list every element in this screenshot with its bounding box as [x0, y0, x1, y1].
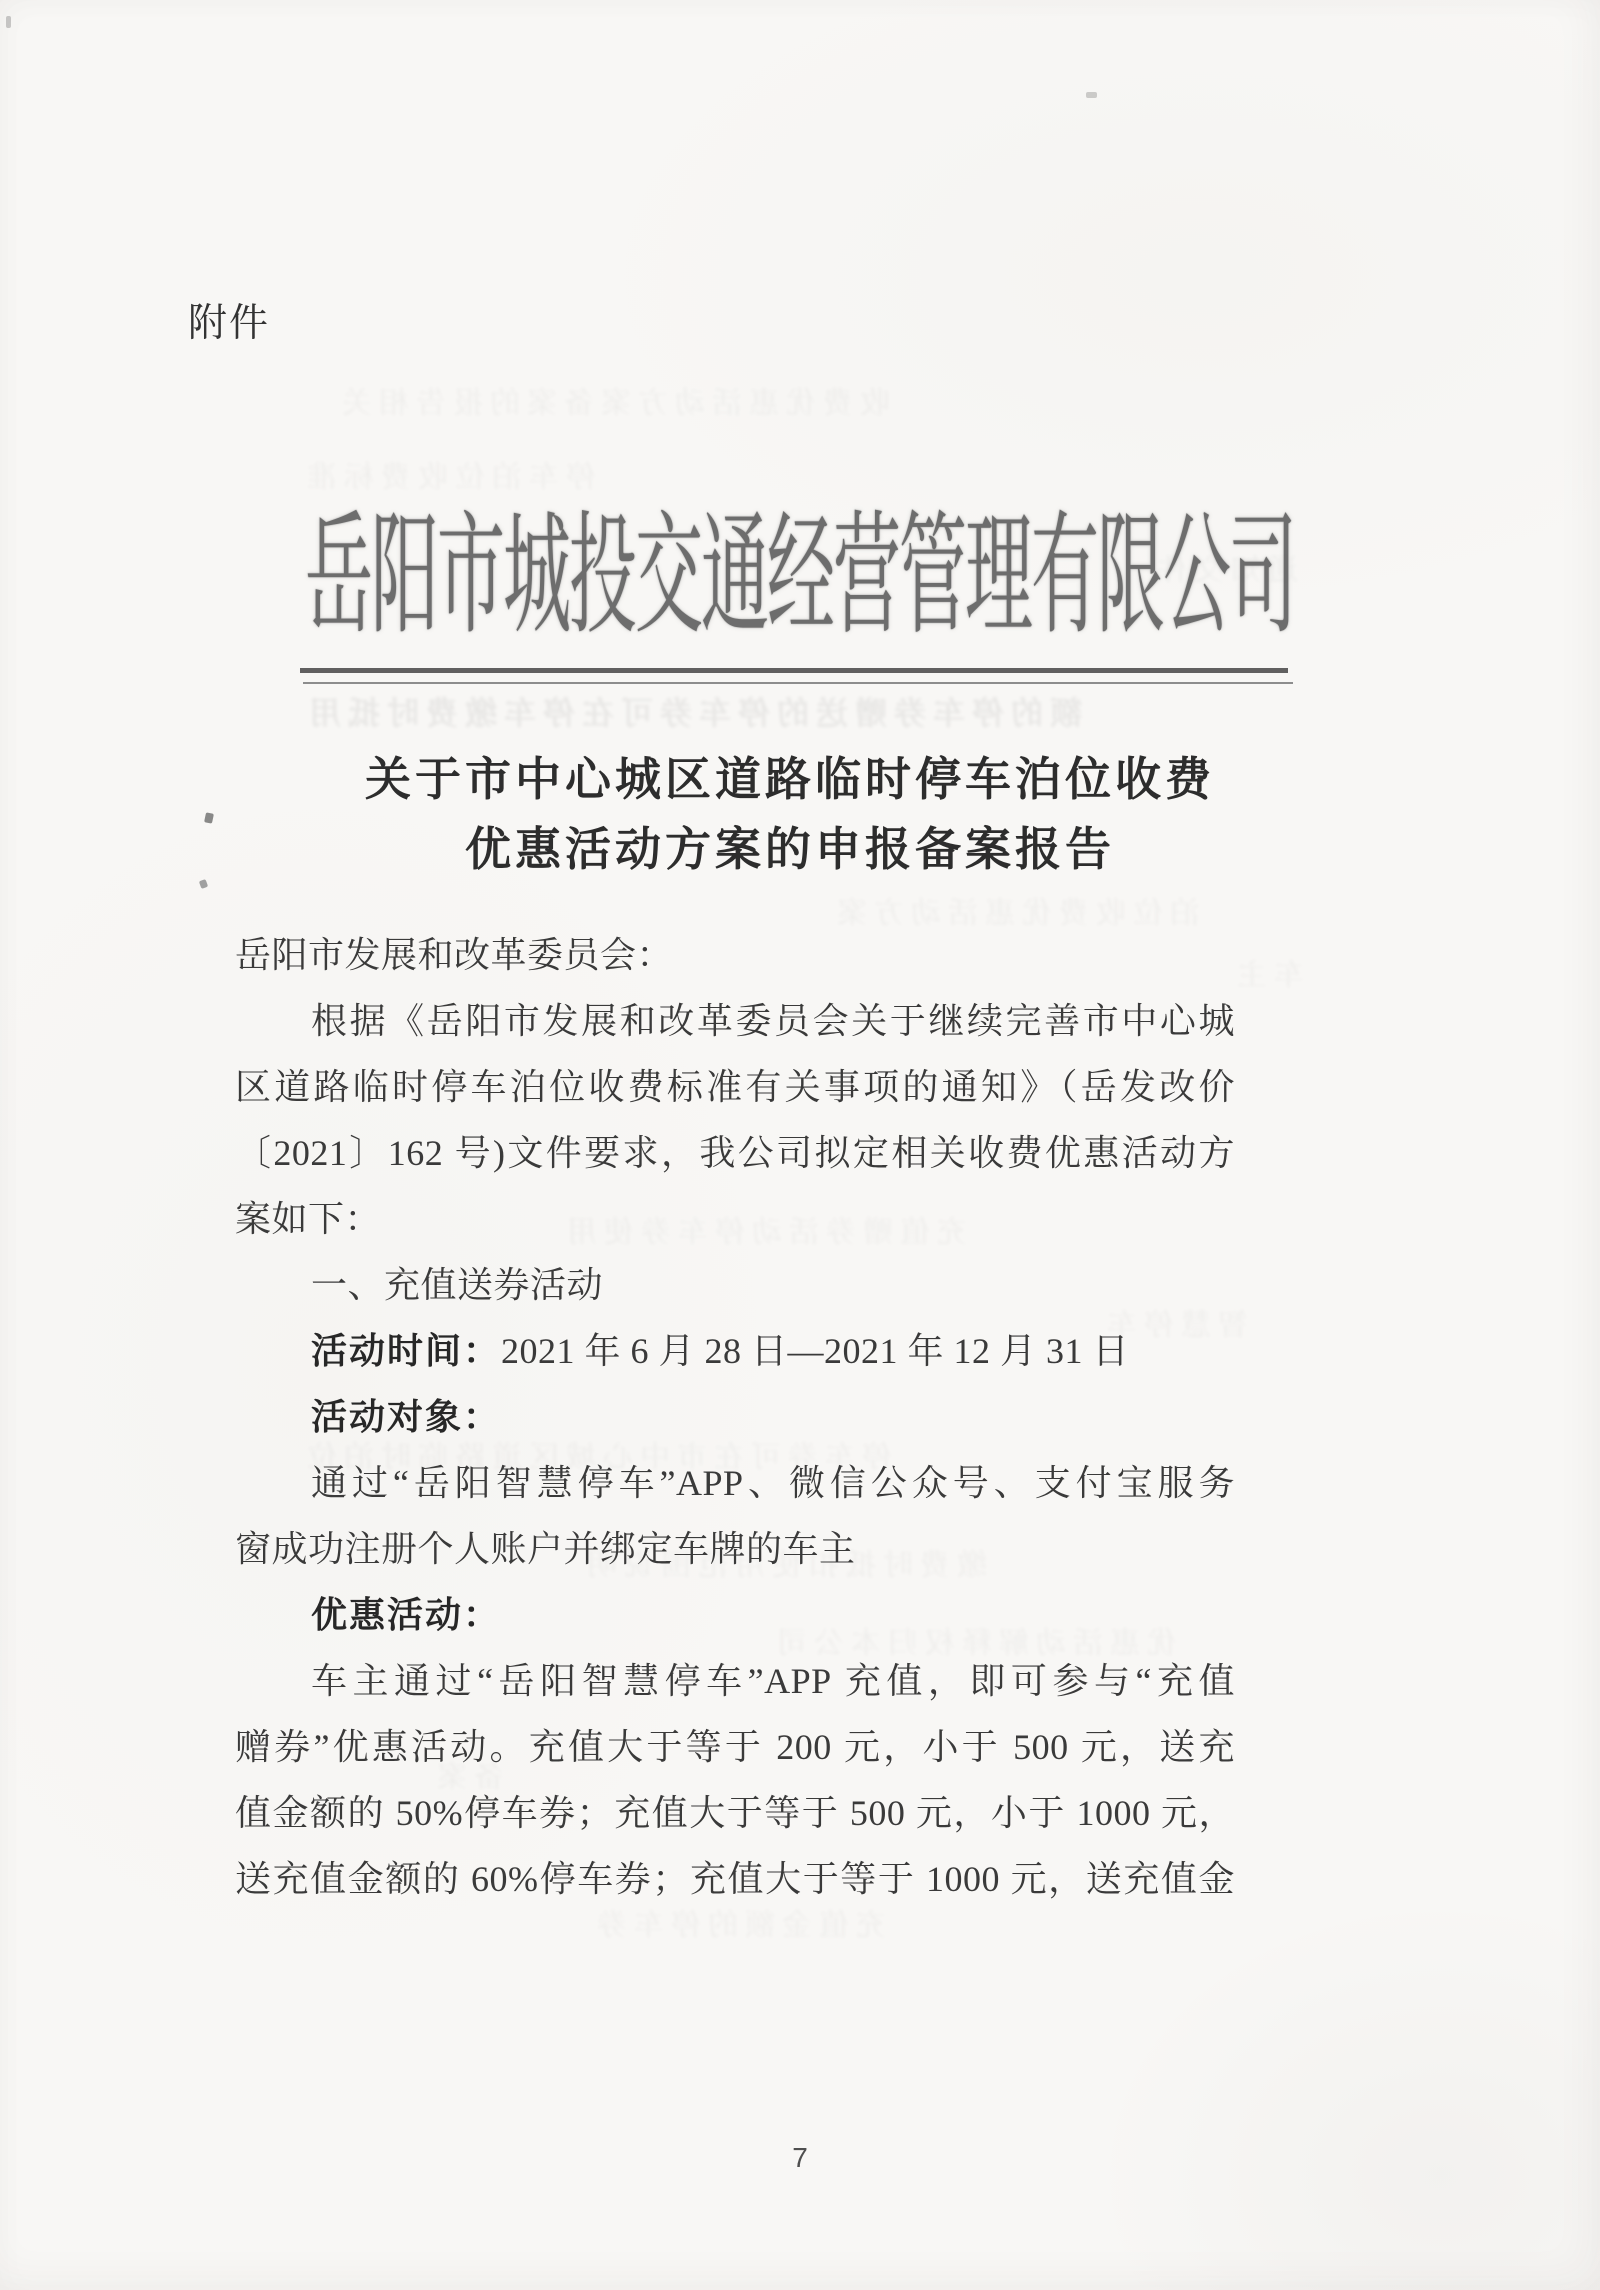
body-text: 〔2021〕162 号)文件要求，我公司拟定相关收费优惠活动方: [235, 1133, 1235, 1173]
letterhead-rule-thick: [300, 668, 1288, 673]
ink-speck: [1086, 92, 1097, 98]
body-line: 活动时间：2021 年 6 月 28 日—2021 年 12 月 31 日: [235, 1318, 1235, 1384]
body-line: 窗成功注册个人账户并绑定车牌的车主: [235, 1516, 1235, 1582]
letterhead-rule-thin: [303, 682, 1293, 684]
document-title-line1: 关于市中心城区道路临时停车泊位收费: [140, 744, 1440, 814]
body-text: 送充值金额的 60%停车券；充值大于等于 1000 元，送充值金: [235, 1859, 1235, 1899]
body-text: 值金额的 50%停车券；充值大于等于 500 元，小于 1000 元，: [235, 1793, 1235, 1833]
body-text: 一、充值送券活动: [311, 1265, 603, 1305]
body-lines: 岳阳市发展和改革委员会：根据《岳阳市发展和改革委员会关于继续完善市中心城区道路临…: [235, 922, 1235, 1912]
body-bold-label: 活动对象：: [311, 1396, 501, 1437]
body-text: 根据《岳阳市发展和改革委员会关于继续完善市中心城: [311, 1001, 1235, 1041]
body-text: 通过“岳阳智慧停车”APP、微信公众号、支付宝服务: [311, 1463, 1235, 1503]
body-line: 岳阳市发展和改革委员会：: [235, 922, 1235, 988]
body-line: 活动对象：: [235, 1384, 1235, 1450]
body-line: 值金额的 50%停车券；充值大于等于 500 元，小于 1000 元，: [235, 1780, 1235, 1846]
body-bold-label: 优惠活动：: [311, 1594, 501, 1635]
body-line: 案如下：: [235, 1186, 1235, 1252]
document-title-line2: 优惠活动方案的申报备案报告: [140, 814, 1440, 884]
body-text: 区道路临时停车泊位收费标准有关事项的通知》（岳发改价: [235, 1067, 1235, 1107]
ink-speck: [6, 16, 11, 28]
body-text: 车主通过“岳阳智慧停车”APP 充值，即可参与“充值: [311, 1661, 1235, 1701]
body-line: 〔2021〕162 号)文件要求，我公司拟定相关收费优惠活动方: [235, 1120, 1235, 1186]
body-line: 一、充值送券活动: [235, 1252, 1235, 1318]
body-text: 赠券”优惠活动。充值大于等于 200 元，小于 500 元，送充: [235, 1727, 1235, 1767]
body-text: 2021 年 6 月 28 日—2021 年 12 月 31 日: [501, 1331, 1129, 1371]
page-number: 7: [0, 2142, 1600, 2174]
body-text: 岳阳市发展和改革委员会：: [235, 935, 673, 975]
scanned-document-page: 附件 岳阳市城投交通经营管理有限公司 关于市中心城区道路临时停车泊位收费 优惠活…: [0, 0, 1600, 2290]
body-line: 优惠活动：: [235, 1582, 1235, 1648]
body-line: 车主通过“岳阳智慧停车”APP 充值，即可参与“充值: [235, 1648, 1235, 1714]
bleedthrough-artifact: 车主: [1230, 950, 1304, 994]
body-text: 窗成功注册个人账户并绑定车牌的车主: [235, 1529, 856, 1569]
bleedthrough-artifact: 收费优惠活动方案备案的报告相关: [335, 378, 890, 422]
letterhead: 岳阳市城投交通经营管理有限公司: [0, 475, 1600, 655]
body-line: 送充值金额的 60%停车券；充值大于等于 1000 元，送充值金: [235, 1846, 1235, 1912]
body-line: 通过“岳阳智慧停车”APP、微信公众号、支付宝服务: [235, 1450, 1235, 1516]
document-title: 关于市中心城区道路临时停车泊位收费 优惠活动方案的申报备案报告: [140, 744, 1440, 884]
body-bold-label: 活动时间：: [311, 1330, 501, 1371]
attachment-label: 附件: [188, 292, 270, 348]
body-line: 区道路临时停车泊位收费标准有关事项的通知》（岳发改价: [235, 1054, 1235, 1120]
body-line: 根据《岳阳市发展和改革委员会关于继续完善市中心城: [235, 988, 1235, 1054]
body-text: 案如下：: [235, 1199, 381, 1239]
letterhead-org-title: 岳阳市城投交通经营管理有限公司: [305, 470, 1295, 659]
body-line: 赠券”优惠活动。充值大于等于 200 元，小于 500 元，送充: [235, 1714, 1235, 1780]
bleedthrough-artifact: 额的停车券赠送的停车券可在停车缴费时抵用: [302, 688, 1082, 734]
